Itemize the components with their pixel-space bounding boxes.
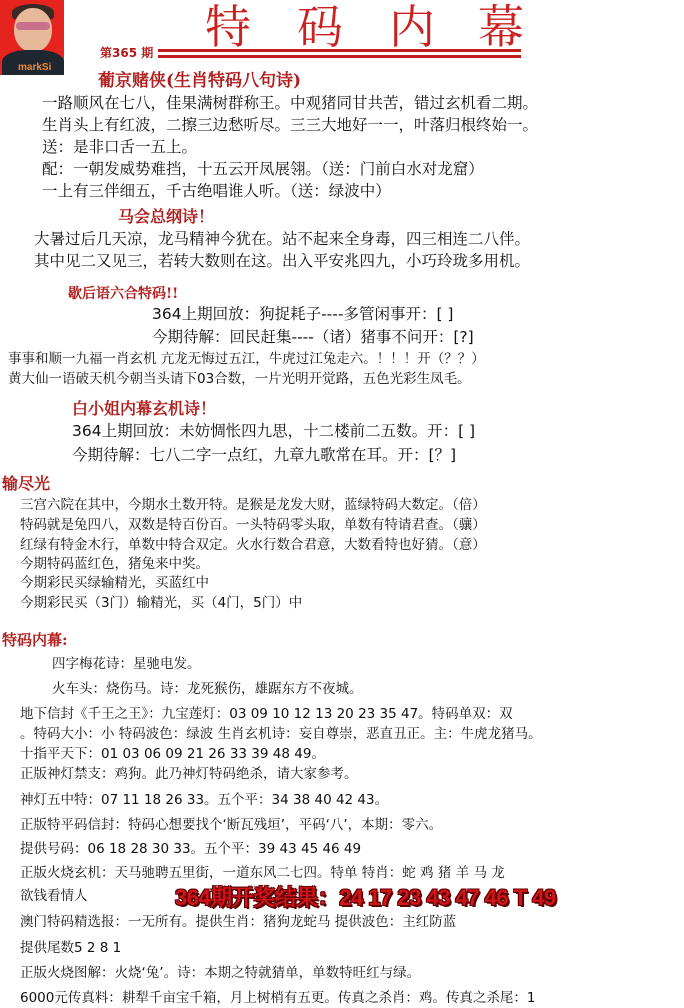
poem-line: 送：是非口舌一五上。 <box>42 136 197 158</box>
riddle-line: 364上期回放：狗捉耗子----多管闲事开：[ ] <box>152 303 453 325</box>
section-heading-baixiaojie: 白小姐内幕玄机诗！ <box>72 396 216 419</box>
text-line: 提供尾数5 2 8 1 <box>20 939 121 958</box>
avatar-face <box>14 8 52 52</box>
title-rule-bottom <box>158 55 521 58</box>
text-line: 地下信封《千王之王》：九宝莲灯：03 09 10 12 13 20 23 35 … <box>20 705 513 724</box>
text-line: 6000元传真料：耕犁千亩宝千箱，月上树梢有五更。传真之杀肖：鸡。传真之杀尾：1 <box>20 989 535 1008</box>
title-char-3: 内 <box>389 2 435 52</box>
poem-line: 生肖头上有红波，二擦三边愁听尽。三三大地好一一，叶落归根终始一。 <box>42 114 538 136</box>
text-line: 火车头：烧伤马。诗：龙死猴伤，雄踞东方不夜城。 <box>52 680 363 699</box>
avatar-watermark: markSi <box>18 62 51 73</box>
text-line: 正版特平码信封：特码心想要找个‘断瓦残垣’，平码‘八’，本期：零六。 <box>20 816 442 835</box>
result-banner: 364期开奖结果：24 17 23 43 47 46 T 49 <box>175 881 556 912</box>
poem-line: 配：一朝发威势难挡，十五云开凤展翎。（送：门前白水对龙窟） <box>42 158 484 180</box>
riddle-extra-line: 事事和顺一九福一肖玄机 亢龙无悔过五江，牛虎过江兔走六。！！！开（？？） <box>8 350 485 369</box>
text-line: 今期彩民买绿输精光，买蓝红中 <box>20 574 209 593</box>
text-line: 今期彩民买（3门）输精光，买（4门，5门）中 <box>20 594 302 613</box>
poem-line: 364上期回放：未妨惆怅四九思，十二楼前二五数。开：[ ] <box>72 420 475 442</box>
title-rule-top <box>158 49 521 52</box>
section-heading-pujing: 葡京赌侠(生肖特码八句诗) <box>98 66 301 91</box>
title-char-1: 特 <box>205 2 251 52</box>
text-line: 澳门特码精选报：一无所有。提供生肖：猪狗龙蛇马 提供波色：主红防蓝 <box>20 913 456 932</box>
text-line: 神灯五中特：07 11 18 26 33。五个平：34 38 40 42 43。 <box>20 791 388 810</box>
text-line: 特码就是兔四八，双数是特百份百。一头特码零头取，单数有特请君查。（骧） <box>20 516 486 535</box>
text-line: 红绿有特金木行，单数中特合双定。火水行数合君意，大数看特也好猜。（意） <box>20 536 486 555</box>
text-line: 今期特码蓝红色，猪兔来中奖。 <box>20 555 209 574</box>
text-line: 正版火烧图解：火烧‘兔’。诗：本期之特就猜单，单数特旺红与绿。 <box>20 964 420 983</box>
text-line: 三宫六院在其中，今期水土数开特。是猴是龙发大财，蓝绿特码大数定。（倍） <box>20 496 486 515</box>
text-line: 十指平天下：01 03 06 09 21 26 33 39 48 49。 <box>20 745 325 764</box>
poem-line: 一路顺风在七八，佳果满树群称王。中观猪同甘共苦，错过玄机看二期。 <box>42 92 538 114</box>
title-char-4: 幕 <box>478 2 524 52</box>
section-heading-xiehouyu: 歇后语六合特码!! <box>68 283 178 303</box>
text-line: 正版神灯禁支：鸡狗。此乃神灯特码绝杀，请大家参考。 <box>20 765 358 784</box>
section-heading-temaneimu: 特码内幕: <box>2 629 68 650</box>
text-line: 欲钱看情人 <box>20 887 88 906</box>
avatar-photo: markSi <box>0 0 64 75</box>
text-line: 。特码大小：小 特码波色：绿波 生肖玄机诗：妄自尊崇，恶直丑正。主：牛虎龙猪马。 <box>20 725 542 744</box>
issue-number: 第365 期 <box>100 44 153 61</box>
text-line: 四字梅花诗：星驰电发。 <box>52 655 201 674</box>
poem-line: 其中见二又见三，若转大数则在这。出入平安兆四九，小巧玲珑多用机。 <box>34 250 530 272</box>
section-heading-mahui: 马会总纲诗！ <box>118 204 214 227</box>
section-heading-shujinguang: 输尽光 <box>2 471 50 494</box>
riddle-line: 今期待解：回民赶集----（诸）猪事不问开：[?] <box>152 326 474 348</box>
text-line: 提供号码：06 18 28 30 33。五个平：39 43 45 46 49 <box>20 840 361 859</box>
poem-line: 今期待解：七八二字一点红，九章九歌常在耳。开：[？] <box>72 444 456 466</box>
poem-line: 一上有三伴细五，千古绝唱谁人听。（送：绿波中） <box>42 180 391 202</box>
poem-line: 大暑过后几天凉，龙马精神今犹在。站不起来全身毒，四三相连二八伴。 <box>34 228 530 250</box>
riddle-extra-line: 黄大仙一语破天机今朝当头请下03合数，一片光明开觉路，五色光彩生凤毛。 <box>8 370 471 389</box>
avatar-glasses <box>16 22 50 30</box>
title-char-2: 码 <box>297 2 343 52</box>
